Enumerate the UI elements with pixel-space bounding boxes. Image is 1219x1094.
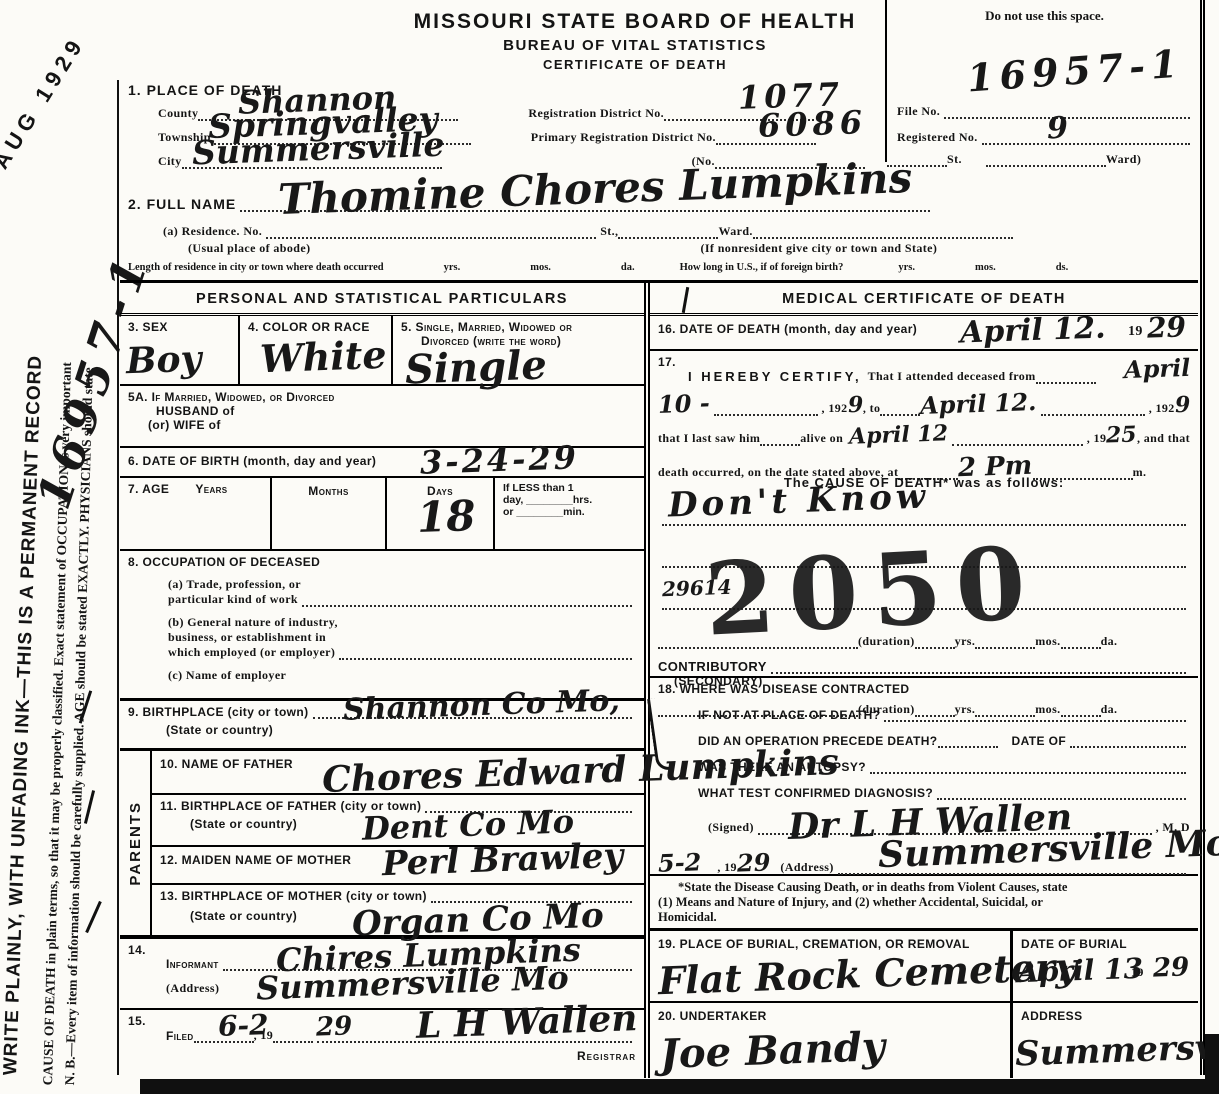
certify-from-hw: April bbox=[1123, 356, 1190, 382]
marital-cell: 5. Single, Married, Widowed or Divorced … bbox=[393, 316, 644, 384]
certify-line3-printed3: , 19 bbox=[1087, 431, 1107, 446]
ward-line bbox=[986, 153, 1106, 167]
signed-label: (Signed) bbox=[708, 820, 754, 835]
primary-district-value: 6086 bbox=[757, 106, 867, 142]
dod-year-printed: 19 bbox=[1128, 324, 1143, 340]
residence-ward-line bbox=[753, 225, 1013, 239]
residence-no-line bbox=[266, 225, 596, 239]
undertaker-address-cell: ADDRESS Summersville bbox=[1013, 1003, 1198, 1078]
certify-line3-dots1 bbox=[760, 432, 800, 446]
us-yrs: yrs. bbox=[898, 262, 915, 273]
disease-line2b-dots bbox=[1070, 734, 1186, 748]
filed-year-value: 29 bbox=[316, 1013, 353, 1040]
full-name-label: 2. FULL NAME bbox=[128, 196, 236, 212]
personal-heading: PERSONAL AND STATISTICAL PARTICULARS bbox=[120, 283, 644, 316]
burial-date-year-value: 29 bbox=[1153, 954, 1190, 981]
form-columns: PERSONAL AND STATISTICAL PARTICULARS 3. … bbox=[120, 280, 1198, 1078]
age-label: 7. AGE bbox=[128, 482, 169, 545]
registrar-signature: L H Wallen bbox=[415, 1000, 638, 1044]
undertaker-value: Joe Bandy bbox=[659, 1027, 885, 1075]
disease-line1-dots bbox=[884, 708, 1186, 722]
section-place-of-death: 1. PLACE OF DEATH County Shannon Registr… bbox=[128, 82, 883, 169]
cause-da: da. bbox=[1101, 634, 1118, 649]
undertaker-address-label: ADDRESS bbox=[1021, 1009, 1082, 1023]
disease-line2-dots bbox=[938, 734, 998, 748]
registered-no-line bbox=[982, 131, 1190, 145]
certify-lead: I HEREBY CERTIFY, bbox=[688, 369, 862, 384]
certify-to-date-hw: April 12. bbox=[920, 390, 1037, 418]
mother-label: 12. MAIDEN NAME OF MOTHER bbox=[160, 853, 351, 867]
undertaker-cell: 20. UNDERTAKER Joe Bandy bbox=[650, 1003, 1013, 1078]
row-date-of-death: 16. DATE OF DEATH (month, day and year) … bbox=[650, 316, 1198, 351]
signed-address-label: (Address) bbox=[780, 860, 833, 875]
occupation-b-line bbox=[339, 646, 632, 660]
footnote-line1: *State the Disease Causing Death, or in … bbox=[678, 880, 1190, 895]
occupation-b1: (b) General nature of industry, bbox=[168, 615, 636, 630]
certify-line1b: That I attended deceased from bbox=[868, 369, 1036, 384]
birthplace-label: 9. BIRTHPLACE (city or town) bbox=[128, 705, 309, 719]
occupation-c: (c) Name of employer bbox=[168, 668, 636, 683]
certify-line3-printed2: alive on bbox=[800, 431, 843, 446]
residence-label: (a) Residence. No. bbox=[163, 224, 262, 239]
length-yrs: yrs. bbox=[444, 262, 461, 273]
sex-label: 3. SEX bbox=[128, 320, 230, 334]
certify-year2-hw: 9 bbox=[1174, 394, 1190, 417]
row-signed: (Signed) , M. D Dr L H Wallen 5-2 , 19 2… bbox=[650, 816, 1198, 876]
scan-edge-bar bbox=[140, 1079, 1219, 1094]
dod-label: 16. DATE OF DEATH (month, day and year) bbox=[658, 322, 917, 336]
race-cell: 4. COLOR OR RACE White bbox=[240, 316, 393, 384]
ward-label: Ward) bbox=[1106, 152, 1141, 167]
age-less-cell: If LESS than 1 day, ________hrs. or ____… bbox=[493, 478, 644, 549]
age-less-line3: or ________min. bbox=[503, 506, 636, 518]
dod-value: April 12. bbox=[960, 313, 1106, 348]
age-months-cell: Months bbox=[270, 478, 385, 549]
dod-year-value: 29 bbox=[1147, 313, 1187, 342]
residence-ward-label: Ward. bbox=[718, 224, 752, 239]
row-mother-birthplace: 13. BIRTHPLACE OF MOTHER (city or town) … bbox=[152, 885, 644, 933]
row-birthplace: 9. BIRTHPLACE (city or town) Shannon Co … bbox=[120, 701, 644, 751]
row-age: 7. AGE Years Months Days 18 If LESS than… bbox=[120, 478, 644, 551]
registered-no-value: 9 bbox=[1046, 114, 1068, 145]
received-stamp: AUG 1929 bbox=[0, 31, 91, 174]
cause-duration-dots4 bbox=[1061, 635, 1101, 649]
filed-year-line bbox=[273, 1029, 313, 1043]
parents-block: PARENTS 10. NAME OF FATHER Chores Edward… bbox=[120, 751, 644, 939]
item5a-line2: HUSBAND of bbox=[156, 404, 636, 418]
age-less-line1: If LESS than 1 bbox=[503, 482, 636, 494]
age-years-label: Years bbox=[195, 482, 227, 545]
registrar-label: Registrar bbox=[128, 1049, 636, 1063]
burial-place-cell: 19. PLACE OF BURIAL, CREMATION, OR REMOV… bbox=[650, 931, 1013, 1001]
dob-label: 6. DATE OF BIRTH (month, day and year) bbox=[128, 454, 376, 468]
certify-line2-printed1: , 192 bbox=[822, 401, 848, 416]
contributory-line bbox=[771, 660, 1186, 674]
certify-line3-printed1: that I last saw him bbox=[658, 431, 760, 446]
age-months-label: Months bbox=[308, 484, 348, 498]
row-filed: 15. Filed 6-2 , 19 29 L H Wallen Registr… bbox=[120, 1010, 644, 1073]
signed-date-year-hw: 29 bbox=[737, 850, 771, 875]
certify-from-line bbox=[1036, 370, 1096, 384]
certify-lastseen-year-hw: 25 bbox=[1106, 423, 1137, 446]
occupation-a1: (a) Trade, profession, or bbox=[168, 577, 636, 592]
st-label: St. bbox=[947, 152, 962, 167]
certify-line2-dots1 bbox=[714, 402, 818, 416]
page-subtitle: BUREAU OF VITAL STATISTICS bbox=[390, 37, 880, 54]
marital-value: Single bbox=[404, 346, 547, 391]
informant-label: Informant bbox=[166, 957, 219, 971]
filed-label: Filed bbox=[166, 1029, 194, 1043]
father-label: 10. NAME OF FATHER bbox=[160, 757, 293, 771]
undertaker-address-value: Summersville bbox=[1014, 1028, 1219, 1071]
us-mos: mos. bbox=[975, 262, 996, 273]
row-father-name: 10. NAME OF FATHER Chores Edward Lumpkin… bbox=[152, 751, 644, 795]
abode-note: (Usual place of abode) bbox=[188, 241, 310, 256]
sex-cell: 3. SEX Boy bbox=[120, 316, 240, 384]
age-days-cell: Days 18 bbox=[385, 478, 493, 549]
marital-label-line1: 5. Single, Married, Widowed or bbox=[401, 320, 636, 334]
row-occupation: 8. OCCUPATION OF DECEASED (a) Trade, pro… bbox=[120, 551, 644, 701]
registered-no-label: Registered No. bbox=[897, 130, 978, 145]
doc-type: CERTIFICATE OF DEATH bbox=[390, 57, 880, 72]
certify-line2-dots2 bbox=[880, 402, 920, 416]
item5a-line3: (or) WIFE of bbox=[148, 418, 636, 432]
informant-address-value: Summersville Mo bbox=[256, 962, 570, 1005]
ink-mark bbox=[85, 901, 102, 933]
occupation-label: 8. OCCUPATION OF DECEASED bbox=[128, 555, 636, 569]
residence-st-label: St., bbox=[600, 224, 618, 239]
disease-line1: IF NOT AT PLACE OF DEATH? bbox=[698, 708, 880, 722]
section-full-name: 2. FULL NAME Thomine Chores Lumpkins (a)… bbox=[128, 196, 1188, 273]
age-label-cell: 7. AGE Years bbox=[120, 478, 270, 549]
signed-address-value: Summersville Mo bbox=[877, 825, 1219, 873]
undertaker-label: 20. UNDERTAKER bbox=[658, 1009, 767, 1023]
city-label: City bbox=[158, 154, 182, 169]
dob-value: 3-24-29 bbox=[419, 441, 579, 479]
length-mos: mos. bbox=[530, 262, 551, 273]
age-days-value: 18 bbox=[416, 495, 476, 539]
scan-edge-corner bbox=[1205, 1034, 1219, 1094]
row-footnote: *State the Disease Causing Death, or in … bbox=[650, 876, 1198, 931]
mother-value: Perl Brawley bbox=[381, 839, 623, 881]
form-header: MISSOURI STATE BOARD OF HEALTH BUREAU OF… bbox=[390, 10, 880, 72]
primary-district-label: Primary Registration District No. bbox=[531, 130, 716, 145]
disease-label: 18. WHERE WAS DISEASE CONTRACTED bbox=[658, 682, 1190, 696]
signed-date-hw: 5-2 bbox=[658, 850, 702, 875]
row-date-of-birth: 6. DATE OF BIRTH (month, day and year) 3… bbox=[120, 448, 644, 478]
certify-year1-hw: 9 bbox=[847, 394, 863, 417]
certify-lastseen-hw: April 12 bbox=[849, 422, 949, 447]
certify-line2-printed2: , to bbox=[863, 401, 881, 416]
item5a-line1: 5A. If Married, Widowed, or Divorced bbox=[128, 390, 636, 404]
nonresident-note: (If nonresident give city or town and St… bbox=[700, 241, 937, 256]
certify-line2-dots3 bbox=[1041, 402, 1145, 416]
footnote-line3: Homicidal. bbox=[658, 910, 1190, 925]
row-sex-race-marital: 3. SEX Boy 4. COLOR OR RACE White 5. Sin… bbox=[120, 316, 644, 386]
disease-line3-dots bbox=[870, 760, 1186, 774]
contributory-label: CONTRIBUTORY bbox=[658, 659, 767, 674]
informant-address-label: (Address) bbox=[166, 981, 219, 996]
row-burial: 19. PLACE OF BURIAL, CREMATION, OR REMOV… bbox=[650, 931, 1198, 1003]
length-da: da. bbox=[621, 262, 635, 273]
page-title: MISSOURI STATE BOARD OF HEALTH bbox=[390, 10, 880, 34]
signed-date-printed: , 19 bbox=[717, 860, 737, 875]
death-certificate-scan: WRITE PLAINLY, WITH UNFADING INK—THIS IS… bbox=[0, 0, 1219, 1094]
age-less-line2: day, ________hrs. bbox=[503, 494, 636, 506]
row-certify: 17. I HEREBY CERTIFY, That I attended de… bbox=[650, 351, 1198, 471]
disease-line2b: DATE OF bbox=[1012, 734, 1067, 748]
occupation-a2: particular kind of work bbox=[168, 592, 298, 607]
file-no-label: File No. bbox=[897, 104, 940, 119]
certify-line3-dots2 bbox=[952, 432, 1083, 446]
personal-column: PERSONAL AND STATISTICAL PARTICULARS 3. … bbox=[120, 283, 644, 1078]
footnote-line2: (1) Means and Nature of Injury, and (2) … bbox=[658, 895, 1190, 910]
city-value: Summersville bbox=[192, 128, 445, 170]
row-mother-name: 12. MAIDEN NAME OF MOTHER Perl Brawley bbox=[152, 847, 644, 885]
mother-bp-label: 13. BIRTHPLACE OF MOTHER (city or town) bbox=[160, 889, 427, 903]
race-value: White bbox=[259, 336, 387, 378]
residence-st-line bbox=[618, 225, 718, 239]
occupation-b2: business, or establishment in bbox=[168, 630, 636, 645]
row-cause-of-death: The CAUSE OF DEATH* was as follows: Don'… bbox=[650, 471, 1198, 676]
birthplace-value: Shannon Co Mo, bbox=[343, 686, 621, 726]
file-number-handwritten: 16957-1 bbox=[966, 44, 1185, 97]
length-of-residence-label: Length of residence in city or town wher… bbox=[128, 262, 384, 273]
us-ds: ds. bbox=[1056, 262, 1069, 273]
disease-line4: WHAT TEST CONFIRMED DIAGNOSIS? bbox=[698, 786, 933, 800]
stamp-number-2050: 2050 bbox=[703, 532, 1042, 649]
filed-date-value: 6-2 bbox=[218, 1011, 270, 1041]
row-undertaker: 20. UNDERTAKER Joe Bandy ADDRESS Summers… bbox=[650, 1003, 1198, 1078]
parents-side-label: PARENTS bbox=[120, 751, 152, 935]
occupation-b3: which employed (or employer) bbox=[168, 645, 335, 660]
cause-value: Don't Know bbox=[667, 479, 929, 522]
occupation-a-line bbox=[302, 593, 632, 607]
burial-date-year-printed: 19 bbox=[1131, 965, 1144, 980]
certify-line2-printed3: , 192 bbox=[1149, 401, 1175, 416]
sex-value: Boy bbox=[125, 341, 202, 380]
medical-heading: MEDICAL CERTIFICATE OF DEATH bbox=[650, 283, 1198, 316]
item17-num: 17. bbox=[658, 355, 1190, 369]
certify-line3-printed4: , and that bbox=[1137, 431, 1190, 446]
medical-column: MEDICAL CERTIFICATE OF DEATH 16. DATE OF… bbox=[644, 283, 1198, 1078]
stamp-box: Do not use this space. 16957-1 File No. … bbox=[885, 0, 1202, 162]
certify-day-hw: 10 - bbox=[658, 391, 711, 417]
stamp-box-note: Do not use this space. bbox=[887, 8, 1202, 24]
registration-district-label: Registration District No. bbox=[528, 106, 664, 121]
how-long-us-label: How long in U.S., if of foreign birth? bbox=[680, 262, 844, 273]
county-label: County bbox=[158, 106, 198, 121]
form-left-border bbox=[117, 80, 119, 1075]
parents-label-text: PARENTS bbox=[127, 801, 144, 886]
